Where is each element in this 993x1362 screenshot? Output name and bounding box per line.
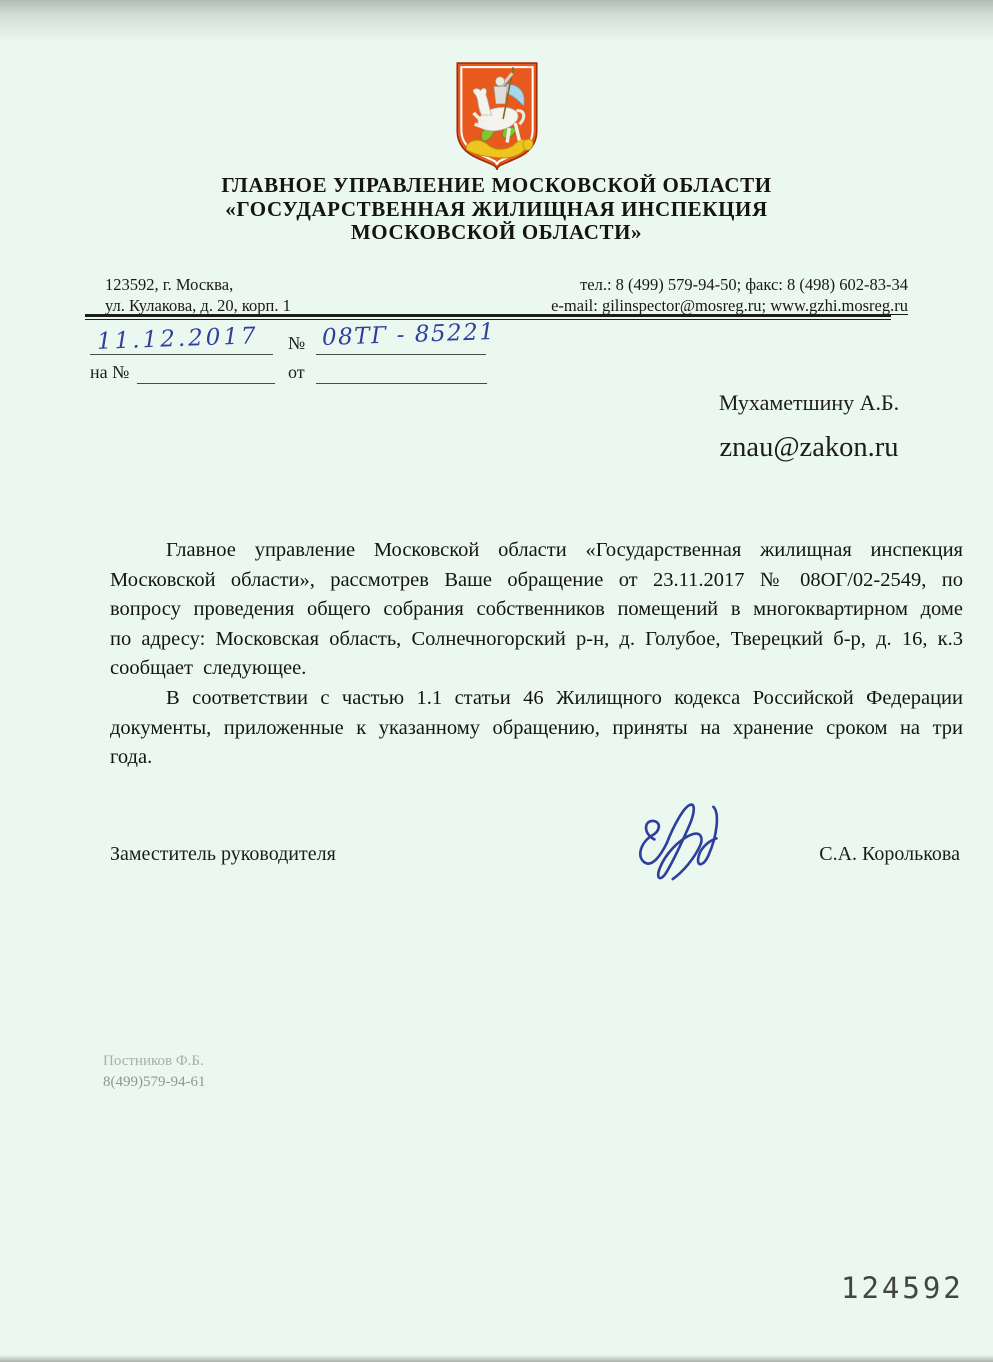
recipient-block: Мухаметшину А.Б. znau@zakon.ru: [688, 390, 930, 464]
org-title-line-1: ГЛАВНОЕ УПРАВЛЕНИЕ МОСКОВСКОЙ ОБЛАСТИ: [0, 174, 993, 198]
reply-date-label: от: [288, 362, 305, 383]
executor-phone: 8(499)579-94-61: [103, 1072, 205, 1093]
handwritten-signature: [628, 793, 750, 898]
org-title-line-3: МОСКОВСКОЙ ОБЛАСТИ»: [0, 221, 993, 245]
scan-page-number: 124592: [841, 1271, 964, 1305]
date-underline: [90, 353, 273, 355]
recipient-email: znau@zakon.ru: [688, 432, 930, 464]
executor-name: Постников Ф.Б.: [103, 1051, 205, 1072]
handwritten-date: 11.12.2017: [97, 323, 260, 355]
handwritten-outgoing-number: 08ТГ - 85221: [322, 319, 496, 351]
coat-of-arms-moscow-oblast-icon: [452, 60, 542, 170]
email-website-line: e-mail: gilinspector@mosreg.ru; www.gzhi…: [551, 295, 908, 316]
org-title-line-2: «ГОСУДАРСТВЕННАЯ ЖИЛИЩНАЯ ИНСПЕКЦИЯ: [0, 198, 993, 222]
body-paragraph-1: Главное управление Московской области «Г…: [110, 536, 963, 684]
executor-block: Постников Ф.Б. 8(499)579-94-61: [103, 1051, 205, 1093]
org-address: 123592, г. Москва, ул. Кулакова, д. 20, …: [85, 274, 291, 316]
reply-number-underline: [137, 382, 275, 384]
address-line-2: ул. Кулакова, д. 20, корп. 1: [105, 295, 291, 316]
scanned-letter-page: ГЛАВНОЕ УПРАВЛЕНИЕ МОСКОВСКОЙ ОБЛАСТИ «Г…: [0, 0, 993, 1362]
letter-body: Главное управление Московской области «Г…: [110, 536, 963, 773]
signer-position-title: Заместитель руководителя: [110, 843, 336, 866]
address-line-1: 123592, г. Москва,: [105, 274, 291, 295]
phone-fax-line: тел.: 8 (499) 579-94-50; факс: 8 (498) 6…: [551, 274, 908, 295]
signer-name: С.А. Королькова: [819, 843, 960, 866]
number-sign-label: №: [288, 333, 305, 354]
number-underline: [316, 353, 486, 355]
letterhead-contacts: 123592, г. Москва, ул. Кулакова, д. 20, …: [85, 274, 908, 316]
org-title: ГЛАВНОЕ УПРАВЛЕНИЕ МОСКОВСКОЙ ОБЛАСТИ «Г…: [0, 174, 993, 245]
reply-date-underline: [316, 382, 487, 384]
org-phones-email: тел.: 8 (499) 579-94-50; факс: 8 (498) 6…: [551, 274, 908, 316]
reply-number-label: на №: [90, 362, 129, 383]
recipient-name: Мухаметшину А.Б.: [688, 390, 930, 416]
body-paragraph-2: В соответствии с частью 1.1 статьи 46 Жи…: [110, 684, 963, 773]
